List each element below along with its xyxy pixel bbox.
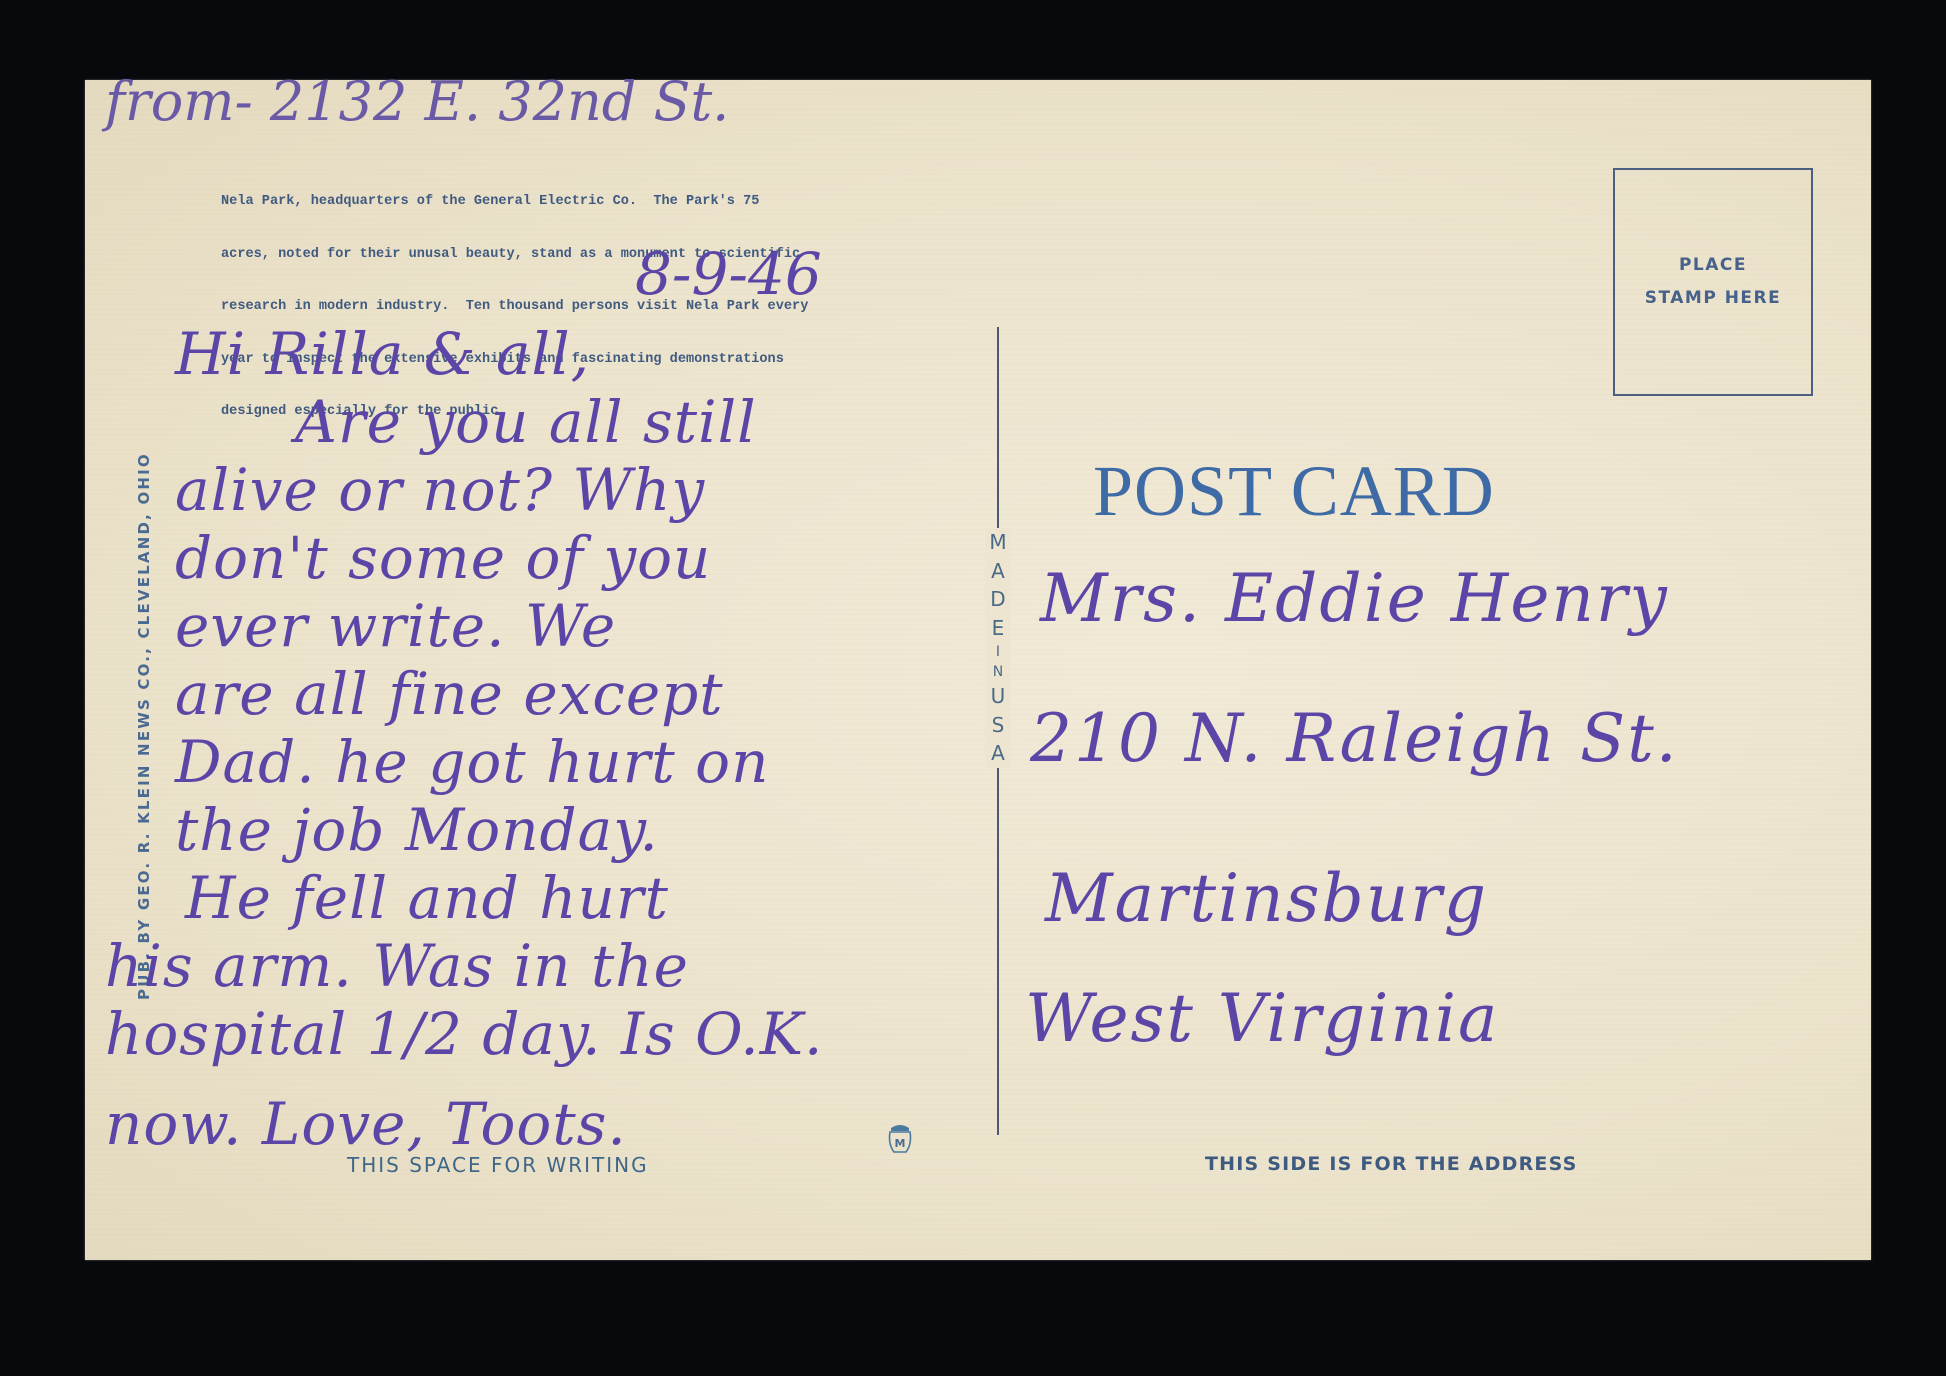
address-line: West Virginia	[1025, 980, 1499, 1057]
publisher-logo-icon: M	[885, 1120, 915, 1156]
made-in-usa-letter: M	[989, 528, 1006, 557]
made-in-usa-letter: S	[992, 711, 1005, 740]
made-in-usa-letter: U	[991, 682, 1006, 711]
made-in-usa-letter: N	[993, 662, 1003, 682]
message-line: ever write. We	[175, 592, 616, 660]
message-line: He fell and hurt	[185, 864, 669, 932]
made-in-usa-letter: E	[992, 614, 1005, 643]
stamp-box: PLACE STAMP HERE	[1613, 168, 1813, 396]
address-line: Martinsburg	[1045, 860, 1488, 937]
handwritten-return-address: from- 2132 E. 32nd St.	[105, 70, 729, 133]
handwritten-date: 8-9-46	[635, 240, 822, 308]
message-line: now. Love, Toots.	[105, 1090, 627, 1158]
message-line: the job Monday.	[175, 796, 659, 864]
made-in-usa-letter: I	[996, 642, 1000, 662]
address-line: 210 N. Raleigh St.	[1030, 700, 1679, 777]
postcard: from- 2132 E. 32nd St. Nela Park, headqu…	[85, 80, 1871, 1260]
message-line: hospital 1/2 day. Is O.K.	[105, 1000, 823, 1068]
caption-line: Nela Park, headquarters of the General E…	[221, 193, 1061, 211]
made-in-usa-letter: A	[991, 557, 1005, 586]
message-line: his arm. Was in the	[105, 932, 689, 1000]
message-line: alive or not? Why	[175, 456, 705, 524]
address-line: Mrs. Eddie Henry	[1040, 560, 1669, 637]
made-in-usa-letter: A	[991, 739, 1005, 768]
writing-space-label: THIS SPACE FOR WRITING	[347, 1153, 649, 1177]
message-line: Dad. he got hurt on	[175, 728, 769, 796]
post-card-title: POST CARD	[1093, 450, 1495, 533]
svg-text:M: M	[895, 1137, 906, 1150]
message-line: are all fine except	[175, 660, 724, 728]
stamp-label-line2: STAMP HERE	[1645, 282, 1782, 315]
message-line: don't some of you	[175, 524, 711, 592]
address-side-label: THIS SIDE IS FOR THE ADDRESS	[1205, 1153, 1578, 1175]
message-line: Are you all still	[295, 388, 757, 456]
message-line: Hi Rilla & all,	[175, 320, 590, 388]
stamp-label-line1: PLACE	[1679, 249, 1747, 282]
made-in-usa-vertical: M A D E I N U S A	[985, 528, 1011, 768]
made-in-usa-letter: D	[990, 585, 1005, 614]
publisher-credit: PUB. BY GEO. R. KLEIN NEWS CO., CLEVELAN…	[135, 280, 153, 1000]
